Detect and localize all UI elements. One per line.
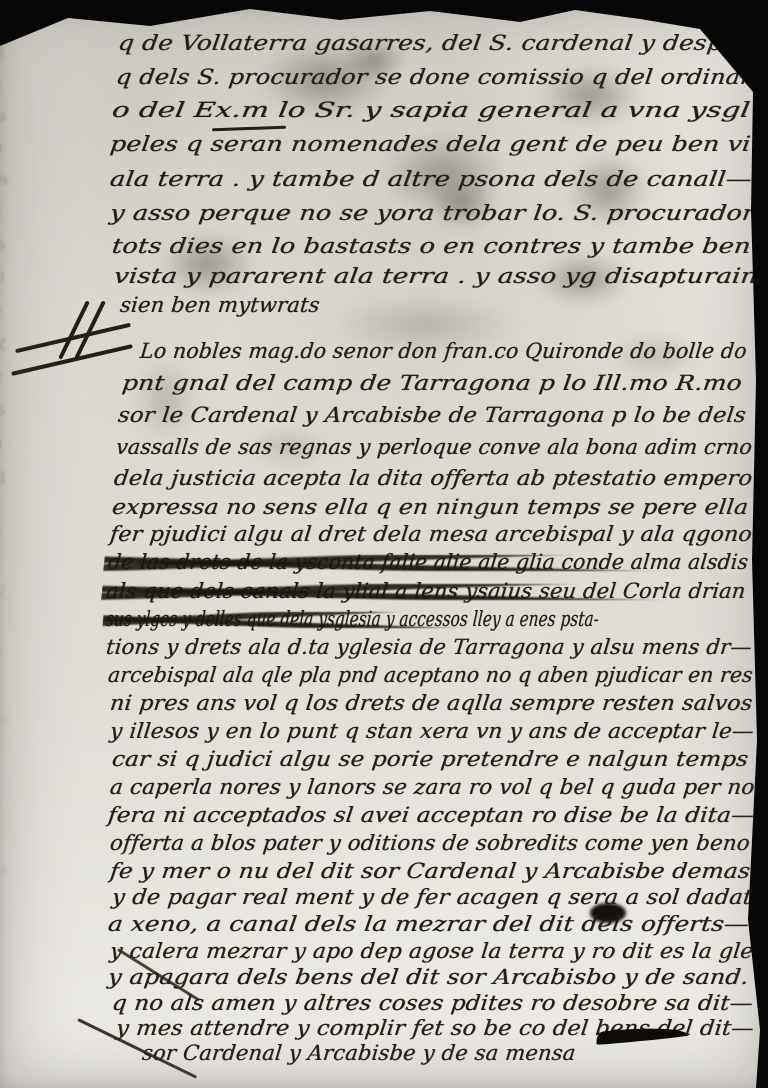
line-text: y apagara dels bens del dit sor Arcabisb…	[107, 965, 750, 989]
manuscript-line: fer pjudici algu al dret dela mesa arceb…	[109, 521, 754, 548]
manuscript-line: expressa no sens ella q en ningun temps …	[110, 494, 749, 521]
descender-flourish	[77, 1018, 197, 1078]
line-text: y asso perque no se yora trobar lo. S. p…	[109, 201, 756, 225]
bleedthrough-text: per que no	[0, 466, 7, 486]
bleedthrough-text: sien ben q	[0, 366, 3, 386]
line-text: arcebispal ala qle pla pnd aceptano no q…	[107, 663, 754, 687]
manuscript-line: Lo nobles mag.do senor don fran.co Quiro…	[139, 338, 748, 365]
line-text: tots dies en lo bastasts o en contres y …	[111, 234, 753, 258]
ink-stain	[140, 218, 275, 310]
manuscript-line: q de Vollaterra gasarres, del S. cardena…	[116, 30, 752, 57]
manuscript-line: ni pres ans vol q los drets de aqlla sem…	[109, 690, 754, 717]
line-text: y de pagar real ment y de fer acagen q s…	[111, 885, 754, 909]
manuscript-line: fera ni acceptados sl avei acceptan ro d…	[106, 802, 755, 829]
line-text: q de Vollaterra gasarres, del S. cardena…	[117, 31, 752, 55]
manuscript-line: vista y pararent ala terra . y asso yg d…	[112, 263, 759, 290]
bleedthrough-text: y tambe d	[0, 332, 7, 352]
descender-flourish	[117, 948, 200, 1001]
manuscript-line: q no als amen y altres coses pdites ro d…	[110, 990, 754, 1017]
manuscript-line: tions y drets ala d.ta yglesia de Tarrag…	[105, 634, 753, 661]
line-text: expressa no sens ella q en ningun temps …	[111, 495, 750, 519]
line-text: ala terra . y tambe d altre psona dels d…	[109, 167, 754, 191]
ink-stain	[120, 340, 210, 460]
manuscript-line: offerta a blos pater y oditions de sobre…	[109, 830, 752, 857]
cancel-stroke	[11, 344, 133, 376]
bleedthrough-text: e la bona y	[0, 170, 9, 190]
ink-stain	[415, 168, 510, 240]
line-text: fe y mer o nu del dit sor Cardenal y Arc…	[109, 859, 752, 883]
manuscript-line: q dels S. procurador se done comissio q …	[114, 64, 753, 91]
slash-stroke	[74, 300, 106, 359]
ink-stain	[590, 325, 720, 387]
line-text: sor Cardenal y Arcabisbe y de sa mensa	[141, 1041, 577, 1065]
line-text: sien ben mytwrats	[119, 293, 321, 317]
line-text: Lo nobles mag.do senor don fran.co Quiro…	[139, 339, 748, 363]
ink-stain	[550, 138, 665, 242]
manuscript-line: fe y mer o nu del dit sor Cardenal y Arc…	[108, 858, 751, 885]
struck-text: sus ylges y delles que dela ysglesia y a…	[105, 606, 469, 632]
bleedthrough-text: se a dels ca	[0, 42, 5, 62]
line-text: a xeno, a canal dels la mezrar del dit d…	[107, 912, 751, 936]
line-text: o del Ex.m lo Sr. y sapia general a vna …	[110, 98, 751, 122]
bleedthrough-text: del dit sor	[0, 860, 7, 880]
manuscript-line: sor le Cardenal y Arcabisbe de Tarragona…	[116, 402, 747, 429]
closing-flourish	[596, 1024, 689, 1045]
manuscript-line: y calera mezrar y apo dep agose la terra…	[109, 938, 755, 965]
manuscript-line: car si q judici algu se porie pretendre …	[110, 746, 749, 773]
bleedthrough-text: q seran no	[0, 400, 7, 420]
manuscript-line: y de pagar real ment y de fer acagen q s…	[110, 884, 753, 911]
manuscript-line: y mes attendre y complir fet so be co de…	[114, 1015, 755, 1042]
bleedthrough-text: q del sor p	[0, 234, 7, 254]
bleedthrough-text: de la mesa	[0, 520, 3, 540]
manuscript-line: o del Ex.m lo Sr. y sapia general a vna …	[110, 97, 752, 124]
line-text: q dels S. procurador se done comissio q …	[115, 65, 754, 89]
bleedthrough-text: y drets de	[0, 580, 7, 600]
manuscript-line: vassalls de sas regnas y perloque conve …	[115, 434, 754, 461]
line-text: car si q judici algu se porie pretendre …	[111, 747, 750, 771]
line-text: sor le Cardenal y Arcabisbe de Tarragona…	[117, 403, 748, 427]
bleedthrough-text: acceptan r	[0, 790, 3, 810]
bleedthrough-text: dels que se	[0, 138, 3, 158]
bleedthrough-text: ala terra y	[0, 298, 3, 318]
manuscript-line: sus ylges y delles que dela ysglesia y a…	[105, 606, 600, 633]
manuscript-line: a caperla nores y lanors se zara ro vol …	[109, 774, 756, 801]
line-text: y calera mezrar y apo dep agose la terra…	[109, 939, 755, 963]
manuscript-line: pnt gnal del camp de Tarragona p lo Ill.…	[120, 370, 743, 397]
struck-text: de las drets de la ysconta falie alie al…	[107, 549, 750, 575]
manuscript-line: y asso perque no se yora trobar lo. S. p…	[108, 200, 756, 227]
line-text: ni pres ans vol q los drets de aqlla sem…	[109, 691, 754, 715]
manuscript-line: y apagara dels bens del dit sor Arcabisb…	[106, 964, 750, 991]
manuscript-line: y illesos y en lo punt q stan xera vn y …	[109, 718, 756, 745]
struck-text: als que dels canals la ylial a lens ysai…	[105, 578, 747, 604]
bleedthrough-text: de la gent	[0, 266, 5, 286]
bleedthrough-text: a terra y de	[0, 106, 7, 126]
line-text: y illesos y en lo punt q stan xera vn y …	[109, 719, 755, 743]
ink-stain	[355, 118, 530, 230]
line-text: peles q seran nomenades dela gent de peu…	[109, 132, 752, 156]
manuscript-line: ala terra . y tambe d altre psona dels d…	[108, 166, 753, 193]
manuscript-line: de las drets de la ysconta falie alie al…	[107, 549, 750, 576]
ink-stain	[230, 28, 420, 132]
slash-stroke	[58, 300, 90, 359]
underline-stroke	[212, 126, 286, 132]
manuscript-line: dela justicia acepta la dita offerta ab …	[112, 465, 753, 492]
manuscript-page: se a dels cay de la co qa terra y dedels…	[0, 0, 768, 1088]
bleedthrough-text: ala yglesia	[0, 640, 3, 660]
manuscript-line: sien ben mytwrats	[119, 292, 321, 319]
manuscript-line: peles q seran nomenades dela gent de peu…	[108, 131, 752, 158]
ink-stain	[515, 52, 665, 138]
line-text: pnt gnal del camp de Tarragona p lo Ill.…	[121, 371, 744, 395]
line-text: dela justicia acepta la dita offerta ab …	[113, 466, 754, 490]
ink-stain	[290, 282, 560, 368]
ink-blot	[590, 903, 626, 923]
manuscript-line: als que dels canals la ylial a lens ysai…	[105, 578, 747, 605]
bleedthrough-text: dels de ca	[0, 434, 3, 454]
ink-stain	[225, 418, 350, 478]
manuscript-line: tots dies en lo bastasts o en contres y …	[110, 233, 752, 260]
bleedthrough-text: sempre re	[0, 710, 7, 730]
line-text: a caperla nores y lanors se zara ro vol …	[109, 775, 756, 799]
line-text: fer pjudici algu al dret dela mesa arceb…	[109, 522, 754, 546]
bleedthrough-text: y asso dels	[0, 202, 3, 222]
ink-stain	[330, 30, 420, 90]
ink-stain	[515, 242, 650, 316]
line-text: vassalls de sas regnas y perloque conve …	[115, 435, 753, 459]
manuscript-line: arcebispal ala qle pla pnd aceptano no q…	[107, 662, 754, 689]
line-text: q no als amen y altres coses pdites ro d…	[111, 991, 754, 1015]
bleedthrough-text: y de la co q	[0, 74, 3, 94]
line-text: offerta a blos pater y oditions de sobre…	[109, 831, 751, 855]
manuscript-line: sor Cardenal y Arcabisbe y de sa mensa	[141, 1040, 577, 1067]
line-text: fera ni acceptados sl avei acceptan ro d…	[107, 803, 756, 827]
line-text: vista y pararent ala terra . y asso yg d…	[113, 264, 759, 288]
line-text: tions y drets ala d.ta yglesia de Tarrag…	[105, 635, 753, 659]
manuscript-photo: se a dels cay de la co qa terra y dedels…	[0, 0, 768, 1088]
manuscript-line: a xeno, a canal dels la mezrar del dit d…	[106, 911, 750, 938]
cancel-stroke	[15, 323, 131, 353]
margin-insertion-mark	[14, 296, 139, 378]
line-text: lley a enes psta-	[467, 607, 600, 631]
line-text: y mes attendre y complir fet so be co de…	[115, 1016, 755, 1040]
